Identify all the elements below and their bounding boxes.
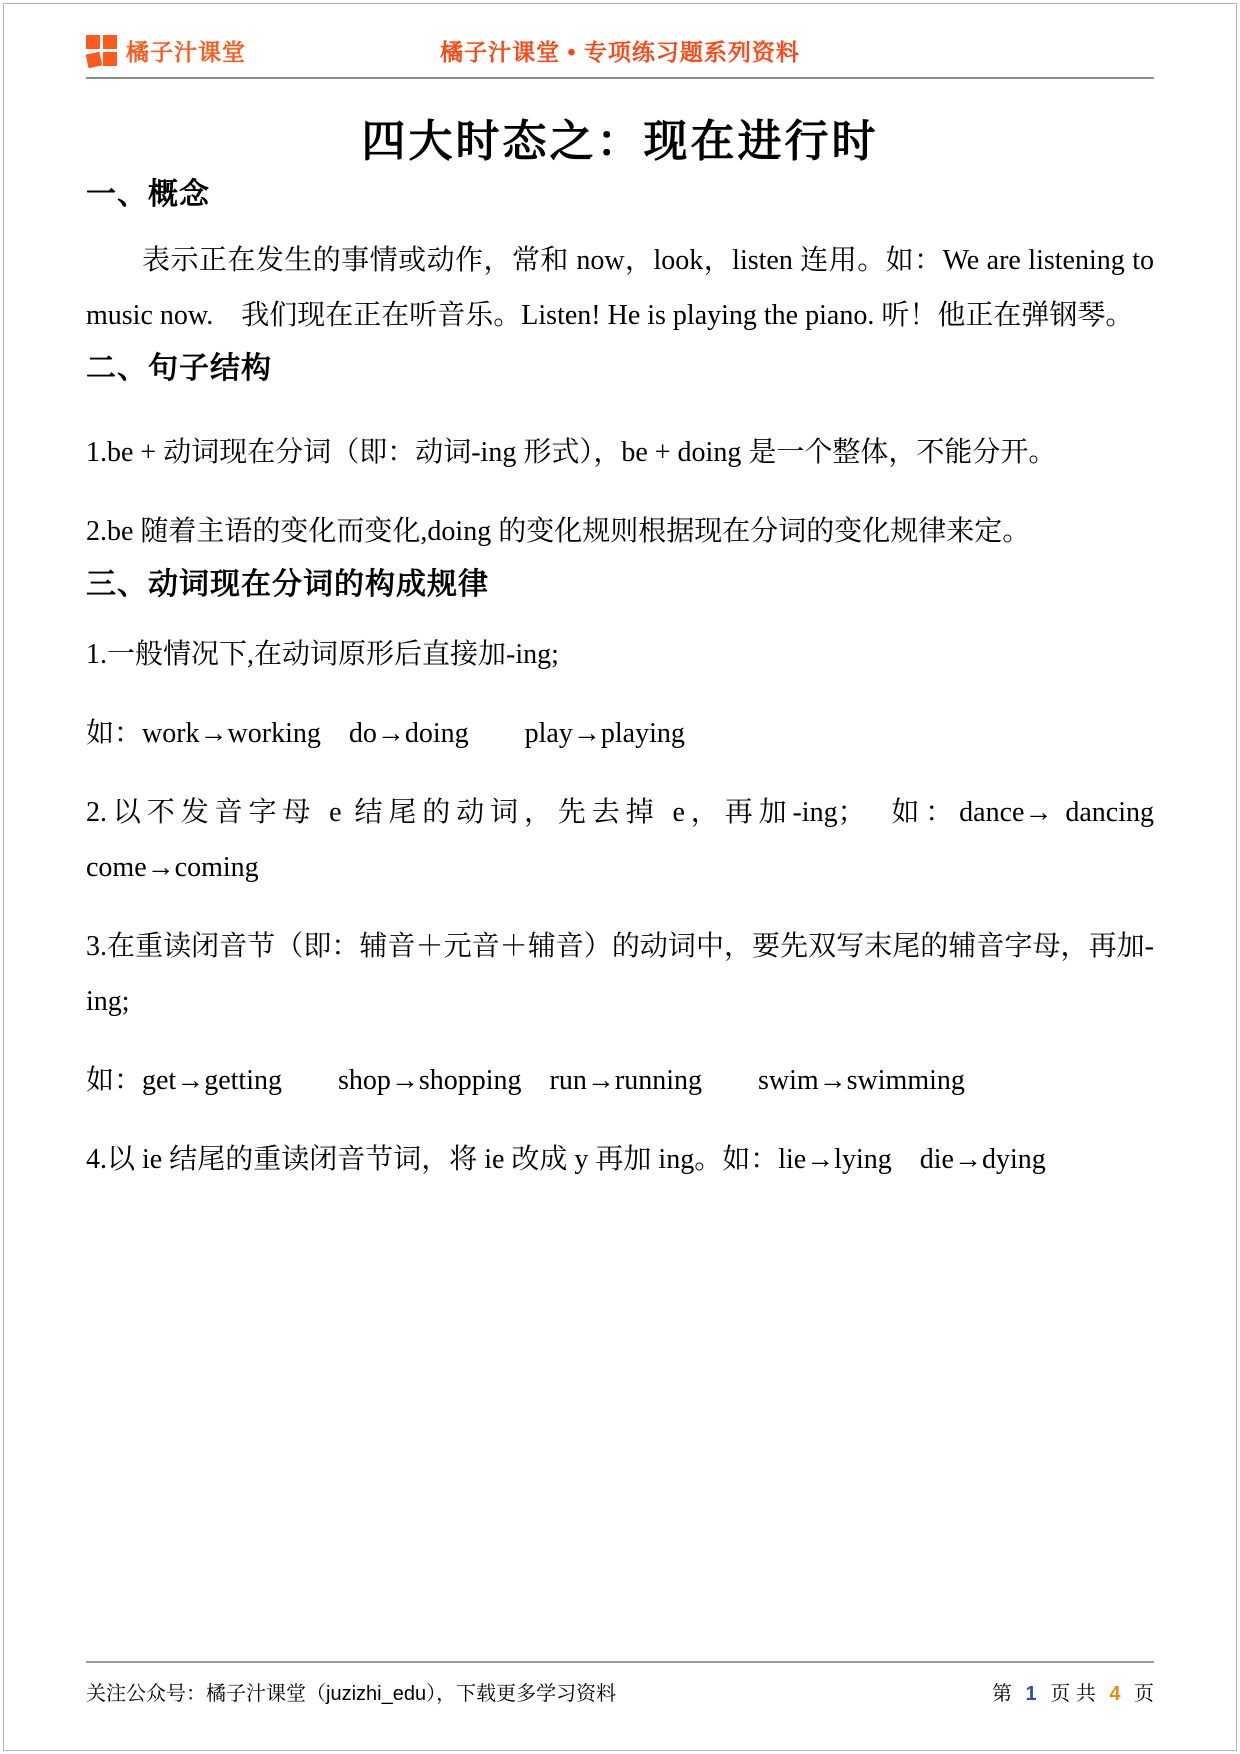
paragraph-rule-4: 4.以 ie 结尾的重读闭音节词，将 ie 改成 y 再加 ing。如：lie→…	[86, 1132, 1154, 1187]
section-heading-structure: 二、句子结构	[86, 343, 1154, 387]
header-series-title: 橘子汁课堂 • 专项练习题系列资料	[86, 34, 1154, 67]
paragraph-rule-1: 1.一般情况下,在动词原形后直接加-ing;	[86, 627, 1154, 682]
page-number: 第 1 页 共 4 页	[984, 1677, 1154, 1706]
paragraph-rule-3: 3.在重读闭音节（即：辅音＋元音＋辅音）的动词中，要先双写末尾的辅音字母，再加-…	[86, 919, 1154, 1029]
page-footer: 关注公众号：橘子汁课堂（juzizhi_edu），下载更多学习资料 第 1 页 …	[86, 1661, 1154, 1706]
paragraph-structure-2: 2.be 随着主语的变化而变化,doing 的变化规则根据现在分词的变化规律来定…	[86, 504, 1154, 559]
footer-note: 关注公众号：橘子汁课堂（juzizhi_edu），下载更多学习资料	[86, 1677, 616, 1706]
section-heading-rules: 三、动词现在分词的构成规律	[86, 559, 1154, 603]
page-word-middle: 页 共	[1050, 1683, 1096, 1705]
page-word-last: 页	[1134, 1683, 1154, 1705]
page-word-first: 第	[992, 1683, 1012, 1705]
paragraph-rule-1-examples: 如：work→working do→doing play→playing	[86, 706, 1154, 761]
page-title: 四大时态之：现在进行时	[86, 105, 1154, 169]
paragraph-rule-3-examples: 如：get→getting shop→shopping run→running …	[86, 1053, 1154, 1108]
paragraph-concept: 表示正在发生的事情或动作，常和 now，look，listen 连用。如：We …	[86, 233, 1154, 343]
page-header: 橘子汁课堂 橘子汁课堂 • 专项练习题系列资料	[86, 4, 1154, 79]
page-total-number: 4	[1109, 1683, 1120, 1705]
document-body: 一、概念 表示正在发生的事情或动作，常和 now，look，listen 连用。…	[86, 169, 1154, 1187]
section-heading-concept: 一、概念	[86, 169, 1154, 213]
document-page: 橘子汁课堂 橘子汁课堂 • 专项练习题系列资料 四大时态之：现在进行时 一、概念…	[3, 3, 1237, 1751]
page-current-number: 1	[1026, 1683, 1037, 1705]
paragraph-structure-1: 1.be + 动词现在分词（即：动词-ing 形式），be + doing 是一…	[86, 425, 1154, 480]
paragraph-rule-2: 2.以不发音字母 e 结尾的动词，先去掉 e，再加-ing； 如：dance→ …	[86, 785, 1154, 895]
